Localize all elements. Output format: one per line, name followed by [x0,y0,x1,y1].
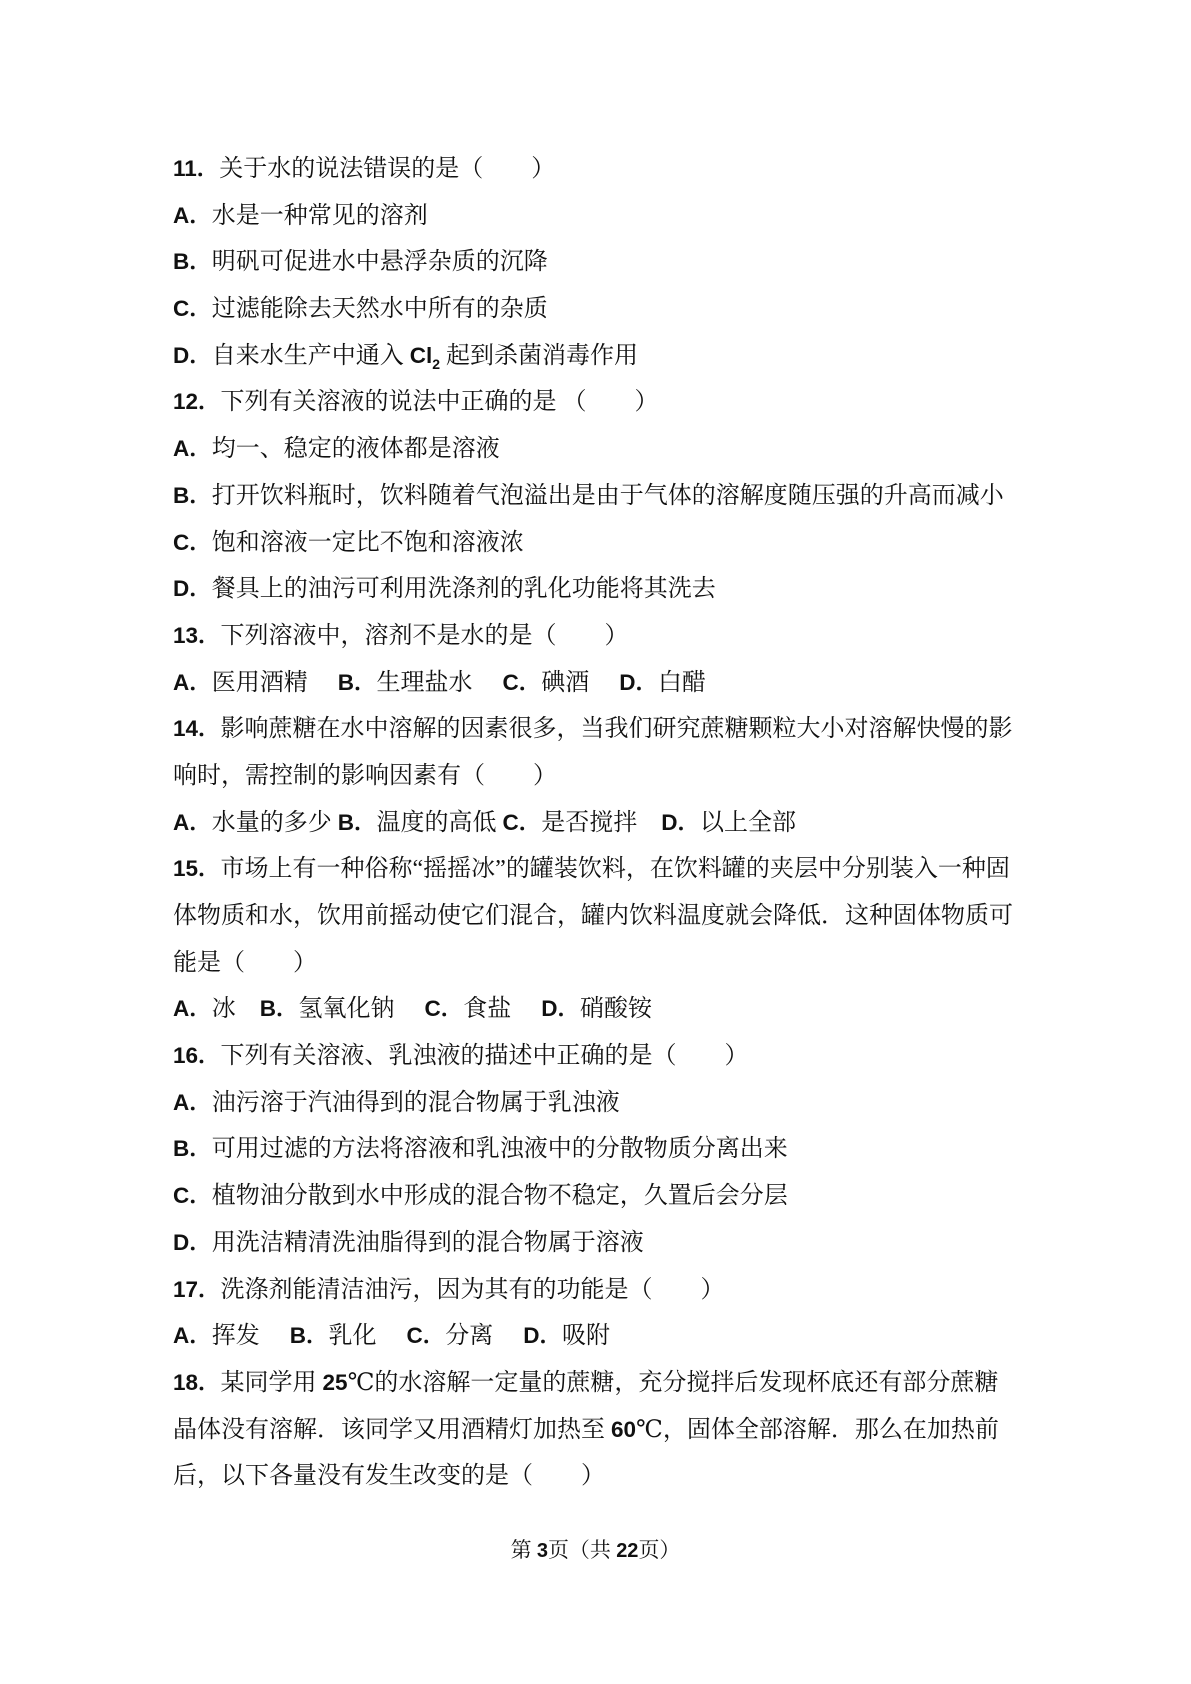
cjk-text: 挥发 [212,1323,290,1349]
q14-stem-line-2: 响时，需控制的影响因素有（ ） [173,753,1053,800]
q15-stem-line-2: 体物质和水，饮用前摇动使它们混合，罐内饮料温度就会降低．这种固体物质可 [173,893,1053,940]
q11-option-c: C．过滤能除去天然水中所有的杂质 [173,286,1053,333]
latin-label: C． [503,670,542,695]
latin-label: B． [338,670,377,695]
cjk-text: 氢氧化钠 [299,996,425,1022]
latin-label: B． [290,1323,329,1348]
cjk-text: 饱和溶液一定比不饱和溶液浓 [212,530,524,556]
q11-option-a: A．水是一种常见的溶剂 [173,193,1053,240]
latin-label: C． [425,996,464,1021]
q11-stem: 11．关于水的说法错误的是（ ） [173,146,1053,193]
cjk-text: 响时，需控制的影响因素有（ ） [173,763,557,789]
cjk-text: 体物质和水，饮用前摇动使它们混合，罐内饮料温度就会降低．这种固体物质可 [173,903,1013,929]
latin-label: A． [173,996,212,1021]
cjk-text: 食盐 [463,996,541,1022]
q12-option-a: A．均一、稳定的液体都是溶液 [173,426,1053,473]
q16-option-c: C．植物油分散到水中形成的混合物不稳定，久置后会分层 [173,1173,1053,1220]
q15-options-row: A．冰 B．氢氧化钠 C．食盐 D．硝酸铵 [173,986,1053,1033]
latin-label: C． [173,530,212,555]
cjk-text: 是否搅拌 [541,810,661,836]
q14-stem-line-1: 14．影响蔗糖在水中溶解的因素很多，当我们研究蔗糖颗粒大小对溶解快慢的影 [173,706,1053,753]
cjk-text: 冰 [212,996,260,1022]
latin-label: A． [173,1090,212,1115]
cjk-text: 水量的多少 [212,810,338,836]
q12-option-d: D．餐具上的油污可利用洗涤剂的乳化功能将其洗去 [173,566,1053,613]
q16-option-b: B．可用过滤的方法将溶液和乳浊液中的分散物质分离出来 [173,1126,1053,1173]
latin-label: 3 [537,1540,548,1562]
latin-label: D． [619,670,658,695]
cjk-text: 起到杀菌消毒作用 [440,343,638,369]
cjk-text: 过滤能除去天然水中所有的杂质 [212,296,548,322]
cjk-text: 后，以下各量没有发生改变的是（ ） [173,1463,605,1489]
q13-stem: 13．下列溶液中，溶剂不是水的是（ ） [173,613,1053,660]
latin-label: C． [503,810,542,835]
cjk-text: 以上全部 [700,810,796,836]
latin-label: D． [173,576,212,601]
latin-label: B． [173,483,212,508]
latin-label: D． [541,996,580,1021]
latin-label: 12． [173,389,221,414]
cjk-text: 明矾可促进水中悬浮杂质的沉降 [212,249,548,275]
cjk-text: 关于水的说法错误的是（ ） [219,156,555,182]
exam-body-text: 11．关于水的说法错误的是（ ）A．水是一种常见的溶剂B．明矾可促进水中悬浮杂质… [173,146,1053,1500]
q15-stem-line-3: 能是（ ） [173,940,1053,987]
cjk-text: 页（共 [548,1538,616,1562]
cjk-text: 生理盐水 [377,670,503,696]
cjk-text: 均一、稳定的液体都是溶液 [212,436,500,462]
latin-label: A． [173,436,212,461]
latin-label: D． [523,1323,562,1348]
latin-label: 17． [173,1277,221,1302]
latin-label: C． [173,296,212,321]
cjk-text: 可用过滤的方法将溶液和乳浊液中的分散物质分离出来 [212,1136,788,1162]
q18-stem-line-3: 后，以下各量没有发生改变的是（ ） [173,1453,1053,1500]
q15-stem-line-1: 15．市场上有一种俗称“摇摇冰”的罐装饮料，在饮料罐的夹层中分别装入一种固 [173,846,1053,893]
cjk-text: 市场上有一种俗称“摇摇冰”的罐装饮料，在饮料罐的夹层中分别装入一种固 [221,856,1010,882]
q18-stem-line-2: 晶体没有溶解．该同学又用酒精灯加热至 60℃，固体全部溶解．那么在加热前 [173,1407,1053,1454]
q17-options-row: A．挥发 B．乳化 C．分离 D．吸附 [173,1313,1053,1360]
latin-label: 25 [323,1370,348,1395]
cjk-text: 第 [511,1538,537,1562]
q12-stem: 12．下列有关溶液的说法中正确的是 （ ） [173,379,1053,426]
cjk-text: 晶体没有溶解．该同学又用酒精灯加热至 [173,1417,611,1443]
latin-label: D． [661,810,700,835]
q14-options-row: A．水量的多少 B．温度的高低 C．是否搅拌 D．以上全部 [173,800,1053,847]
latin-label: C． [173,1183,212,1208]
cjk-text: 影响蔗糖在水中溶解的因素很多，当我们研究蔗糖颗粒大小对溶解快慢的影 [221,716,1013,742]
cjk-text: 植物油分散到水中形成的混合物不稳定，久置后会分层 [212,1183,788,1209]
cjk-text: 下列有关溶液的说法中正确的是 （ ） [221,389,659,415]
q11-option-d: D．自来水生产中通入 Cl2 起到杀菌消毒作用 [173,333,1053,380]
exam-page: 11．关于水的说法错误的是（ ）A．水是一种常见的溶剂B．明矾可促进水中悬浮杂质… [0,0,1191,1684]
latin-label: 60 [611,1417,636,1442]
q11-option-b: B．明矾可促进水中悬浮杂质的沉降 [173,239,1053,286]
q16-stem: 16．下列有关溶液、乳浊液的描述中正确的是（ ） [173,1033,1053,1080]
cjk-text: 医用酒精 [212,670,338,696]
latin-label: C． [407,1323,446,1348]
cjk-text: 分离 [445,1323,523,1349]
latin-label: 16． [173,1043,221,1068]
latin-label: D． [173,343,212,368]
cjk-text: 碘酒 [541,670,619,696]
latin-label: 13． [173,623,221,648]
cjk-text: 能是（ ） [173,950,317,976]
latin-label: A． [173,670,212,695]
latin-label: 15． [173,856,221,881]
cjk-text: 页） [638,1538,680,1562]
page-number-footer: 第 3页（共 22页） [0,1527,1191,1574]
cjk-text: 用洗洁精清洗油脂得到的混合物属于溶液 [212,1230,644,1256]
cjk-text: 乳化 [329,1323,407,1349]
latin-label: 11． [173,156,219,181]
cjk-text: 自来水生产中通入 [212,343,410,369]
q16-option-a: A．油污溶于汽油得到的混合物属于乳浊液 [173,1080,1053,1127]
cjk-text: 吸附 [562,1323,610,1349]
latin-label: B． [173,1136,212,1161]
cjk-text: 打开饮料瓶时，饮料随着气泡溢出是由于气体的溶解度随压强的升高而减小 [212,483,1004,509]
latin-label: B． [338,810,377,835]
cjk-text: 下列溶液中，溶剂不是水的是（ ） [221,623,629,649]
latin-label: 18． [173,1370,221,1395]
cjk-text: 油污溶于汽油得到的混合物属于乳浊液 [212,1090,620,1116]
latin-label: A． [173,810,212,835]
cjk-text: 硝酸铵 [580,996,652,1022]
latin-label: Cl [410,343,433,368]
q12-option-b: B．打开饮料瓶时，饮料随着气泡溢出是由于气体的溶解度随压强的升高而减小 [173,473,1053,520]
latin-label: B． [173,249,212,274]
q18-stem-line-1: 18．某同学用 25℃的水溶解一定量的蔗糖，充分搅拌后发现杯底还有部分蔗糖 [173,1360,1053,1407]
latin-label: 14． [173,716,221,741]
latin-label: A． [173,1323,212,1348]
cjk-text: ℃，固体全部溶解．那么在加热前 [636,1417,999,1443]
latin-label: A． [173,203,212,228]
latin-label: B． [260,996,299,1021]
latin-label: D． [173,1230,212,1255]
cjk-text: 洗涤剂能清洁油污，因为其有的功能是（ ） [221,1277,725,1303]
cjk-text: 白醋 [658,670,706,696]
cjk-text: 温度的高低 [377,810,503,836]
cjk-text: 某同学用 [221,1370,323,1396]
latin-label: 22 [616,1540,638,1562]
q16-option-d: D．用洗洁精清洗油脂得到的混合物属于溶液 [173,1220,1053,1267]
subscript-text: 2 [432,356,440,372]
cjk-text: ℃的水溶解一定量的蔗糖，充分搅拌后发现杯底还有部分蔗糖 [348,1370,999,1396]
q17-stem: 17．洗涤剂能清洁油污，因为其有的功能是（ ） [173,1267,1053,1314]
cjk-text: 餐具上的油污可利用洗涤剂的乳化功能将其洗去 [212,576,716,602]
cjk-text: 水是一种常见的溶剂 [212,203,428,229]
cjk-text: 下列有关溶液、乳浊液的描述中正确的是（ ） [221,1043,749,1069]
q13-options-row: A．医用酒精 B．生理盐水 C．碘酒 D．白醋 [173,660,1053,707]
q12-option-c: C．饱和溶液一定比不饱和溶液浓 [173,520,1053,567]
